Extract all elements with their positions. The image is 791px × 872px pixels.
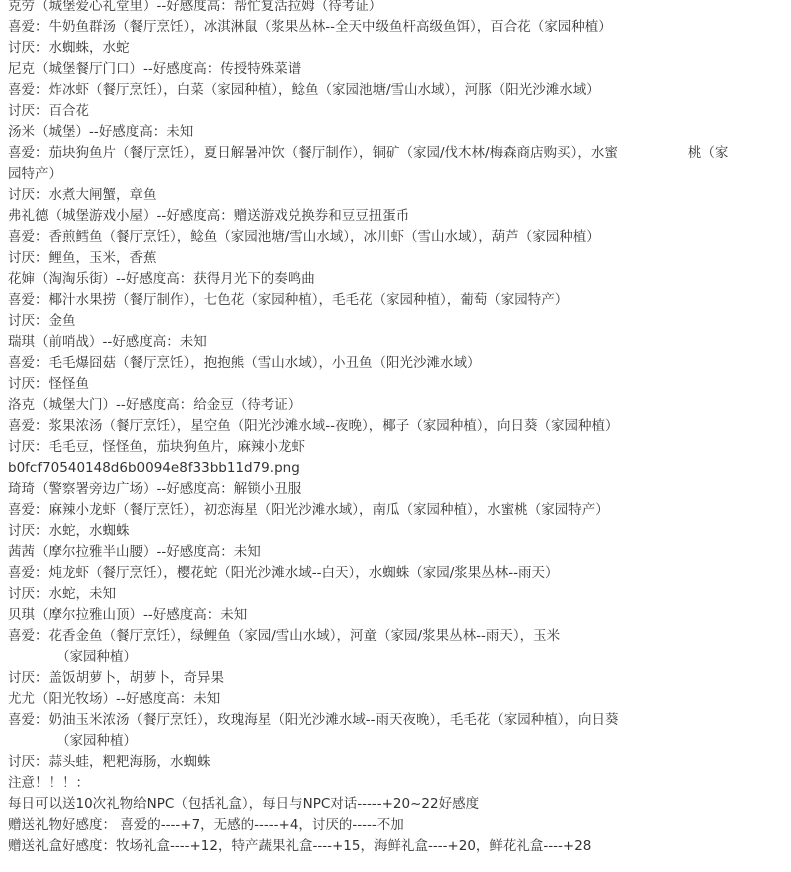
npc-likes: 喜爱：牛奶鱼群汤（餐厅烹饪），冰淇淋鼠（浆果丛林--全天中级鱼杆高级鱼饵），百合… — [8, 17, 791, 38]
notes-gift-affection: 赠送礼物好感度： 喜爱的----+7，无感的-----+4，讨厌的-----不加 — [8, 815, 791, 836]
npc-likes: 喜爱：奶油玉米浓汤（餐厅烹饪），玫瑰海星（阳光沙滩水域--雨天夜晚），毛毛花（家… — [8, 710, 791, 731]
notes-title: 注意！！！： — [8, 773, 791, 794]
npc-likes: 喜爱：浆果浓汤（餐厅烹饪），星空鱼（阳光沙滩水域--夜晚），椰子（家园种植），向… — [8, 416, 791, 437]
npc-likes-continued: （家园种植） — [8, 731, 791, 752]
npc-dislikes: 讨厌：百合花 — [8, 101, 791, 122]
npc-header: 汤米（城堡）--好感度高：未知 — [8, 122, 791, 143]
npc-header: 弗礼德（城堡游戏小屋）--好感度高：赠送游戏兑换券和豆豆扭蛋币 — [8, 206, 791, 227]
npc-likes: 喜爱：炸冰虾（餐厅烹饪），白菜（家园种植），鲶鱼（家园池塘/雪山水域），河豚（阳… — [8, 80, 791, 101]
npc-header: 琦琦（警察署旁边广场）--好感度高：解锁小丑服 — [8, 479, 791, 500]
npc-header: 尤尤（阳光牧场）--好感度高：未知 — [8, 689, 791, 710]
npc-header: 尼克（城堡餐厅门口）--好感度高：传授特殊菜谱 — [8, 59, 791, 80]
npc-header: 瑞琪（前哨战）--好感度高：未知 — [8, 332, 791, 353]
notes-giftbox-affection: 赠送礼盒好感度：牧场礼盒----+12，特产蔬果礼盒----+15，海鲜礼盒--… — [8, 836, 791, 857]
npc-dislikes: 讨厌：怪怪鱼 — [8, 374, 791, 395]
npc-dislikes: 讨厌：盖饭胡萝卜，胡萝卜，奇异果 — [8, 668, 791, 689]
broken-image-filename: b0fcf70540148d6b0094e8f33bb11d79.png — [8, 458, 791, 479]
npc-dislikes: 讨厌：蒜头蛙，粑粑海肠，水蜘蛛 — [8, 752, 791, 773]
npc-dislikes: 讨厌：水蛇，未知 — [8, 584, 791, 605]
npc-likes-continued: 园特产） — [8, 164, 791, 185]
npc-likes-part2: 桃（家 — [688, 145, 729, 161]
npc-likes: 喜爱：花香金鱼（餐厅烹饪），绿鲤鱼（家园/雪山水域），河童（家园/浆果丛林--雨… — [8, 626, 791, 647]
npc-header: 贝琪（摩尔拉雅山顶）--好感度高：未知 — [8, 605, 791, 626]
npc-dislikes: 讨厌：水蜘蛛，水蛇 — [8, 38, 791, 59]
npc-likes: 喜爱：炖龙虾（餐厅烹饪），樱花蛇（阳光沙滩水域--白天），水蜘蛛（家园/浆果丛林… — [8, 563, 791, 584]
npc-likes-continued: （家园种植） — [8, 647, 791, 668]
npc-dislikes: 讨厌：毛毛豆，怪怪鱼，茄块狗鱼片，麻辣小龙虾 — [8, 437, 791, 458]
npc-likes: 喜爱：茄块狗鱼片（餐厅烹饪），夏日解暑冲饮（餐厅制作），铜矿（家园/伐木林/梅森… — [8, 143, 791, 164]
npc-dislikes: 讨厌：鲤鱼，玉米，香蕉 — [8, 248, 791, 269]
notes-daily-limit: 每日可以送10次礼物给NPC（包括礼盒），每日与NPC对话-----+20~22… — [8, 794, 791, 815]
npc-likes: 喜爱：椰汁水果捞（餐厅制作），七色花（家园种植），毛毛花（家园种植），葡萄（家园… — [8, 290, 791, 311]
npc-likes-part1: 喜爱：茄块狗鱼片（餐厅烹饪），夏日解暑冲饮（餐厅制作），铜矿（家园/伐木林/梅森… — [8, 145, 618, 161]
npc-header: 茜茜（摩尔拉雅半山腰）--好感度高：未知 — [8, 542, 791, 563]
npc-header: 洛克（城堡大门）--好感度高：给金豆（待考证） — [8, 395, 791, 416]
npc-dislikes: 讨厌：水煮大闸蟹，章鱼 — [8, 185, 791, 206]
npc-likes: 喜爱：香煎鳕鱼（餐厅烹饪），鲶鱼（家园池塘/雪山水域），冰川虾（雪山水域），葫芦… — [8, 227, 791, 248]
npc-dislikes: 讨厌：金鱼 — [8, 311, 791, 332]
npc-guide-document: 克劳（城堡爱心礼堂里）--好感度高：帮忙复活拉姆（待考证） 喜爱：牛奶鱼群汤（餐… — [0, 0, 791, 857]
npc-likes: 喜爱：毛毛爆囧菇（餐厅烹饪），抱抱熊（雪山水域），小丑鱼（阳光沙滩水域） — [8, 353, 791, 374]
npc-likes: 喜爱：麻辣小龙虾（餐厅烹饪），初恋海星（阳光沙滩水域），南瓜（家园种植），水蜜桃… — [8, 500, 791, 521]
npc-header: 花婶（淘淘乐街）--好感度高：获得月光下的奏鸣曲 — [8, 269, 791, 290]
npc-header: 克劳（城堡爱心礼堂里）--好感度高：帮忙复活拉姆（待考证） — [8, 0, 791, 17]
npc-dislikes: 讨厌：水蛇，水蜘蛛 — [8, 521, 791, 542]
